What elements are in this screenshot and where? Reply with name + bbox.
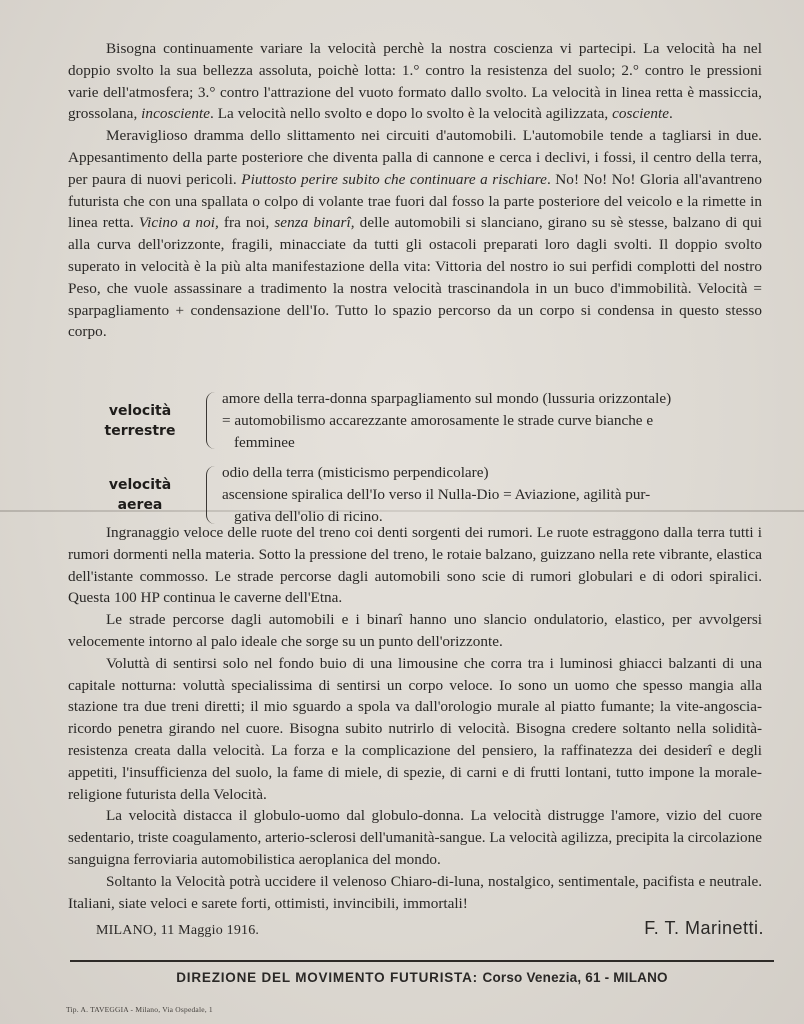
footer-divider	[70, 960, 774, 962]
footer-address: DIREZIONE DEL MOVIMENTO FUTURISTA: Corso…	[70, 970, 774, 985]
place-date: MILANO, 11 Maggio 1916.	[96, 923, 259, 939]
comparison-lines: amore della terra-donna sparpagliamento …	[222, 388, 760, 453]
paragraph-3: Ingranaggio veloce delle ruote del treno…	[68, 522, 762, 609]
brace-icon	[200, 388, 222, 453]
printer-credit: Tip. A. TAVEGGIA - Milano, Via Ospedale,…	[66, 1005, 213, 1014]
footer-street: Corso Venezia, 61 - MILANO	[483, 970, 668, 985]
comparison-aerea: velocità aerea odio della terra (mistici…	[80, 462, 760, 527]
signature-row: MILANO, 11 Maggio 1916. F. T. Marinetti.	[96, 918, 764, 939]
brace-icon	[200, 462, 222, 527]
paragraph-4: Le strade percorse dagli automobili e i …	[68, 609, 762, 653]
manifesto-body-bottom: Ingranaggio veloce delle ruote del treno…	[68, 522, 762, 914]
document-page: Bisogna continuamente variare la velocit…	[0, 0, 804, 1024]
comparison-label: velocità aerea	[80, 475, 200, 515]
comparison-label: velocità terrestre	[80, 401, 200, 441]
paragraph-1: Bisogna continuamente variare la velocit…	[68, 38, 762, 125]
comparison-terrestre: velocità terrestre amore della terra-don…	[80, 388, 760, 453]
manifesto-body-top: Bisogna continuamente variare la velocit…	[68, 38, 762, 343]
speed-comparison: velocità terrestre amore della terra-don…	[80, 388, 760, 537]
paragraph-5: Voluttà di sentirsi solo nel fondo buio …	[68, 653, 762, 806]
paragraph-7: Soltanto la Velocità potrà uccidere il v…	[68, 871, 762, 915]
author-signature: F. T. Marinetti.	[644, 918, 764, 939]
paragraph-6: La velocità distacca il globulo-uomo dal…	[68, 805, 762, 870]
paragraph-2: Meraviglioso dramma dello slittamento ne…	[68, 125, 762, 343]
comparison-lines: odio della terra (misticismo perpendicol…	[222, 462, 760, 527]
footer-org: DIREZIONE DEL MOVIMENTO FUTURISTA:	[176, 970, 478, 985]
